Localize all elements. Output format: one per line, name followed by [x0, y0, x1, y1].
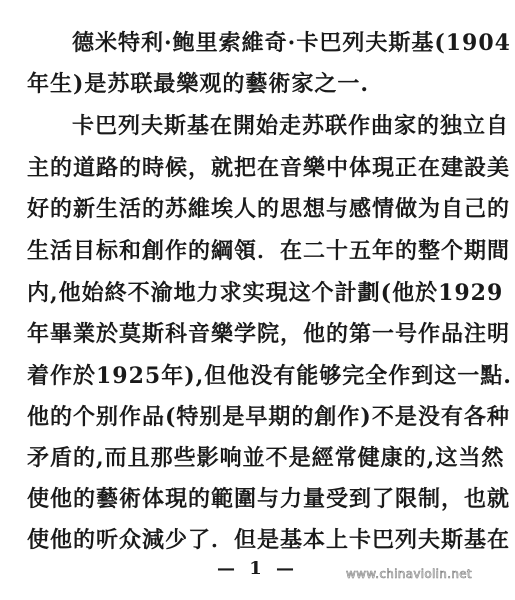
scanned-document-page: 德米特利·鲍里索維奇·卡巴列夫斯基(1904 年生)是苏联最樂观的藝術家之一. … [0, 0, 515, 600]
text-line: 好的新生活的苏維埃人的思想与感情做为自己的 [27, 196, 485, 222]
text-line: 年生)是苏联最樂观的藝術家之一. [27, 71, 485, 97]
text-line: 年畢業於莫斯科音樂学院，他的第一号作品注明 [27, 321, 485, 347]
text-line: 主的道路的時候，就把在音樂中体現正在建設美 [27, 155, 485, 181]
text-line: 使他的听众減少了．但是基本上卡巴列夫斯基在 [27, 527, 485, 553]
watermark: www.chinaviolin.net [346, 567, 472, 581]
text-line: 着作於1925年),但他没有能够完全作到这一點. [27, 363, 485, 389]
text-line: 内,他始終不渝地力求实現这个計劃(他於1929 [27, 280, 485, 306]
text-line: 他的个别作品(特别是早期的創作)不是没有各种 [27, 404, 485, 430]
text-line: 生活目标和創作的綱領．在二十五年的整个期間 [27, 238, 485, 264]
text-line: 卡巴列夫斯基在開始走苏联作曲家的独立自 [72, 113, 485, 139]
text-line: 矛盾的,而且那些影响並不是經常健康的,这当然 [27, 445, 485, 471]
text-line: 使他的藝術体現的範圍与力量受到了限制，也就 [27, 486, 485, 512]
text-line: 德米特利·鲍里索維奇·卡巴列夫斯基(1904 [72, 30, 485, 56]
